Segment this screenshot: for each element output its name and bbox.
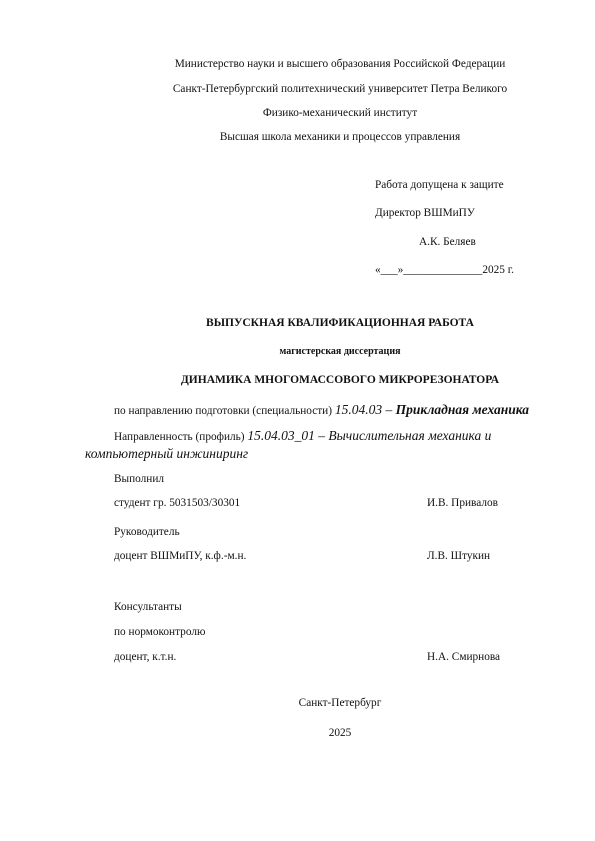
director-name: А.К. Беляев (419, 236, 476, 248)
university-line: Санкт-Петербургский политехнический унив… (85, 83, 595, 95)
thesis-topic: ДИНАМИКА МНОГОМАССОВОГО МИКРОРЕЗОНАТОРА (85, 374, 595, 386)
ministry-line: Министерство науки и высшего образования… (85, 58, 595, 70)
work-subtype: магистерская диссертация (85, 346, 595, 357)
supervisor-label: Руководитель (114, 526, 180, 538)
direction-line: по направлению подготовки (специальности… (114, 402, 529, 418)
consultant-role: доцент, к.т.н. (114, 651, 176, 663)
admitted-to-defense: Работа допущена к защите (375, 179, 504, 191)
supervisor-name: Л.В. Штукин (427, 550, 490, 562)
profile-label: Направленность (профиль) (114, 431, 247, 443)
supervisor-role: доцент ВШМиПУ, к.ф.-м.н. (114, 550, 246, 562)
consultant-name: Н.А. Смирнова (427, 651, 500, 663)
direction-name: Прикладная механика (396, 402, 529, 417)
profile-value-continued: компьютерный инжиниринг (85, 446, 248, 462)
institute-line: Физико-механический институт (85, 107, 595, 119)
direction-label: по направлению подготовки (специальности… (114, 405, 335, 417)
year: 2025 (85, 727, 595, 739)
student-role: студент гр. 5031503/30301 (114, 497, 240, 509)
city: Санкт-Петербург (85, 697, 595, 709)
direction-code: 15.04.03 – (335, 402, 396, 417)
approval-date-line: «___»______________2025 г. (375, 264, 514, 276)
performed-label: Выполнил (114, 473, 164, 485)
norm-control-label: по нормоконтролю (114, 626, 205, 638)
director-title: Директор ВШМиПУ (375, 207, 475, 219)
profile-value: 15.04.03_01 – Вычислительная механика и (247, 428, 491, 443)
student-name: И.В. Привалов (427, 497, 498, 509)
profile-line: Направленность (профиль) 15.04.03_01 – В… (114, 428, 491, 444)
school-line: Высшая школа механики и процессов управл… (85, 131, 595, 143)
work-type-title: ВЫПУСКНАЯ КВАЛИФИКАЦИОННАЯ РАБОТА (85, 317, 595, 329)
consultants-label: Консультанты (114, 601, 182, 613)
